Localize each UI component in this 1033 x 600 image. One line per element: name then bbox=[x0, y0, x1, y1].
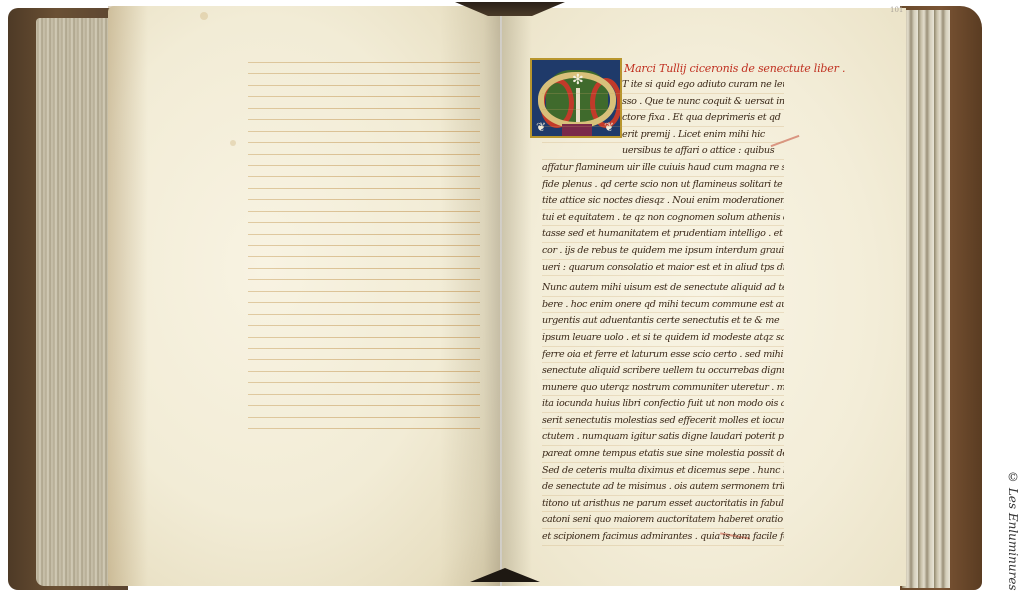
ruled-line bbox=[248, 337, 480, 338]
ruled-line bbox=[248, 268, 480, 269]
ruled-lines bbox=[248, 62, 480, 439]
text-line: ferre oia et ferre et laturum esse scio … bbox=[542, 347, 784, 364]
page-edges-right bbox=[902, 10, 950, 588]
ruled-line bbox=[248, 234, 480, 235]
text-line: de senectute ad te misimus . ois autem s… bbox=[542, 479, 784, 496]
ruled-line bbox=[248, 62, 480, 63]
ruled-line bbox=[248, 222, 480, 223]
text-line: catoni seni quo maiorem auctoritatem hab… bbox=[542, 512, 784, 529]
text-line: titono ut aristhus ne parum esset auctor… bbox=[542, 496, 784, 513]
text-line: urgentis aut aduentantis certe senectuti… bbox=[542, 313, 784, 330]
text-line: affatur flamineum uir ille cuiuis haud c… bbox=[542, 160, 784, 177]
rubric-title: Marci Tullij ciceronis de senectute libe… bbox=[624, 62, 845, 75]
text-line: senectute aliquid scribere uellem tu occ… bbox=[542, 363, 784, 380]
ruled-line bbox=[248, 314, 480, 315]
text-line: cor . ijs de rebus te quidem me ipsum in… bbox=[542, 243, 784, 260]
text-line: ueri : quarum consolatio et maior est et… bbox=[542, 260, 784, 277]
text-line: tasse sed et humanitatem et prudentiam i… bbox=[542, 226, 784, 243]
text-line: ipsum leuare uolo . et si te quidem id m… bbox=[542, 330, 784, 347]
ruled-line bbox=[248, 279, 480, 280]
text-line: fide plenus . qd certe scio non ut flami… bbox=[542, 177, 784, 194]
page-number: 101 bbox=[890, 6, 903, 14]
text-line: ita iocunda huius libri confectio fuit u… bbox=[542, 396, 784, 413]
ruled-line bbox=[248, 291, 480, 292]
ruled-line bbox=[248, 211, 480, 212]
ruled-line bbox=[248, 428, 480, 429]
ruled-line bbox=[248, 131, 480, 132]
ruled-line bbox=[248, 154, 480, 155]
right-page-gutter-shadow bbox=[502, 8, 532, 586]
ruled-line bbox=[248, 382, 480, 383]
manuscript-text: T ite si quid ego adiuto curam ne leuass… bbox=[542, 77, 784, 546]
text-line: et scipionem facimus admirantes . quia i… bbox=[542, 529, 784, 546]
ruled-line bbox=[248, 417, 480, 418]
text-line: bere . hoc enim onere qd mihi tecum comm… bbox=[542, 297, 784, 314]
ruled-line bbox=[248, 119, 480, 120]
ruled-line bbox=[248, 188, 480, 189]
ruled-line bbox=[248, 359, 480, 360]
ruled-line bbox=[248, 256, 480, 257]
text-line: Sed de ceteris multa diximus et dicemus … bbox=[542, 463, 784, 480]
ruled-line bbox=[248, 405, 480, 406]
ruled-line bbox=[248, 245, 480, 246]
ruled-line bbox=[248, 142, 480, 143]
ruled-line bbox=[248, 325, 480, 326]
text-line: sso . Que te nunc coquit & uersat in pe bbox=[542, 94, 784, 111]
text-line: tui et equitatem . te qz non cognomen so… bbox=[542, 210, 784, 227]
text-line: pareat omne tempus etatis sue sine moles… bbox=[542, 446, 784, 463]
ruled-line bbox=[248, 199, 480, 200]
text-line: munere quo uterqz nostrum communiter ute… bbox=[542, 380, 784, 397]
ruled-line bbox=[248, 108, 480, 109]
text-line: erit premij . Licet enim mihi hic bbox=[542, 127, 784, 144]
ruled-line bbox=[248, 85, 480, 86]
text-line: T ite si quid ego adiuto curam ne leuass… bbox=[542, 77, 784, 94]
ruled-line bbox=[248, 348, 480, 349]
ruled-line bbox=[248, 73, 480, 74]
ruled-line bbox=[248, 96, 480, 97]
ruled-line bbox=[248, 176, 480, 177]
watermark: © Les Enluminures bbox=[996, 470, 1020, 590]
ruled-line bbox=[248, 371, 480, 372]
stain bbox=[230, 140, 236, 146]
page-edges-left bbox=[36, 18, 114, 586]
ruled-line bbox=[248, 302, 480, 303]
left-page-edge-shadow bbox=[108, 6, 148, 586]
text-line: uersibus te affari o attice : quibus bbox=[542, 143, 784, 160]
ruled-line bbox=[248, 165, 480, 166]
text-line: ctore fixa . Et qua deprimeris et qd bbox=[542, 110, 784, 127]
ruled-line bbox=[248, 394, 480, 395]
text-line: tite attice sic noctes diesqz . Noui eni… bbox=[542, 193, 784, 210]
stain bbox=[200, 12, 208, 20]
text-line: Nunc autem mihi uisum est de senectute a… bbox=[542, 280, 784, 297]
text-line: serit senectutis molestias sed effecerit… bbox=[542, 413, 784, 430]
text-line: ctutem . numquam igitur satis digne laud… bbox=[542, 429, 784, 446]
